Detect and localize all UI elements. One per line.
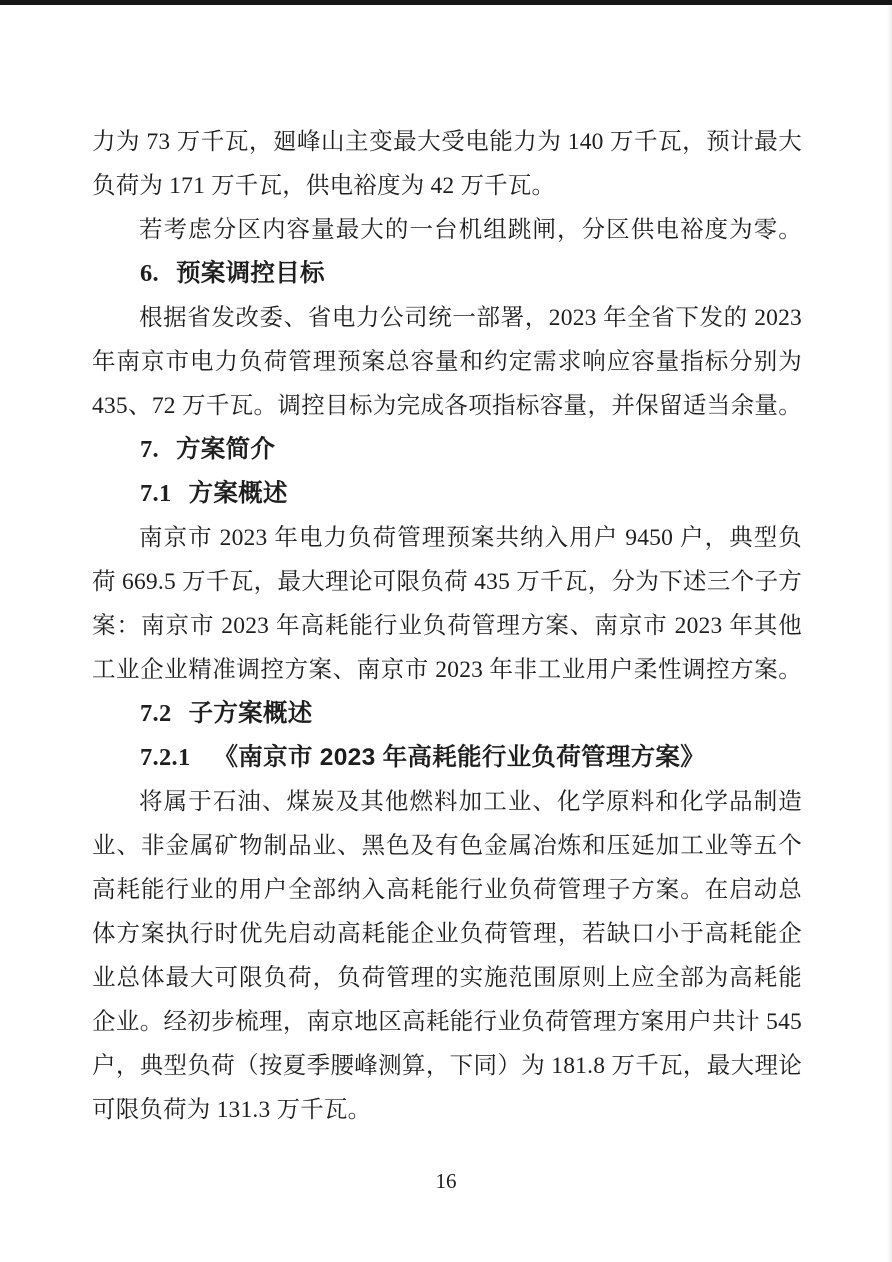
document-content: 力为 73 万千瓦，廻峰山主变最大受电能力为 140 万千瓦，预计最大负荷为 1…	[92, 120, 802, 1132]
text-line: 案：南京市 2023 年高耗能行业负荷管理方案、南京市 2023 年其他	[92, 604, 802, 648]
text-line: 业、非金属矿物制品业、黑色及有色金属冶炼和压延加工业等五个	[92, 824, 802, 868]
heading-title: 《南京市 2023 年高耗能行业负荷管理方案》	[214, 744, 706, 771]
section-heading: 7.2子方案概述	[92, 692, 802, 736]
page-right-edge-shadow	[887, 0, 892, 1262]
paragraph: 根据省发改委、省电力公司统一部署，2023 年全省下发的 2023年南京市电力负…	[92, 296, 802, 428]
text-line: 根据省发改委、省电力公司统一部署，2023 年全省下发的 2023	[92, 296, 802, 340]
text-line: 可限负荷为 131.3 万千瓦。	[92, 1088, 802, 1132]
text-line: 荷 669.5 万千瓦，最大理论可限负荷 435 万千瓦，分为下述三个子方	[92, 560, 802, 604]
text-line: 若考虑分区内容量最大的一台机组跳闸，分区供电裕度为零。	[92, 208, 802, 252]
text-line: 力为 73 万千瓦，廻峰山主变最大受电能力为 140 万千瓦，预计最大	[92, 120, 802, 164]
heading-number: 6.	[140, 260, 159, 287]
paragraph: 若考虑分区内容量最大的一台机组跳闸，分区供电裕度为零。	[92, 208, 802, 252]
text-line: 业总体最大可限负荷，负荷管理的实施范围原则上应全部为高耗能	[92, 956, 802, 1000]
heading-title: 方案概述	[189, 480, 288, 507]
section-heading: 7.1方案概述	[92, 472, 802, 516]
heading-number: 7.	[140, 436, 159, 463]
top-edge-bar	[0, 0, 892, 5]
paragraph: 力为 73 万千瓦，廻峰山主变最大受电能力为 140 万千瓦，预计最大负荷为 1…	[92, 120, 802, 208]
text-line: 年南京市电力负荷管理预案总容量和约定需求响应容量指标分别为	[92, 340, 802, 384]
heading-number: 7.1	[140, 480, 172, 507]
text-line: 企业。经初步梳理，南京地区高耗能行业负荷管理方案用户共计 545	[92, 1000, 802, 1044]
section-heading: 7.2.1《南京市 2023 年高耗能行业负荷管理方案》	[92, 736, 802, 780]
heading-number: 7.2.1	[140, 744, 191, 771]
text-line: 将属于石油、煤炭及其他燃料加工业、化学原料和化学品制造	[92, 780, 802, 824]
text-line: 南京市 2023 年电力负荷管理预案共纳入用户 9450 户，典型负	[92, 516, 802, 560]
paragraph: 将属于石油、煤炭及其他燃料加工业、化学原料和化学品制造业、非金属矿物制品业、黑色…	[92, 780, 802, 1132]
page-number: 16	[0, 1166, 892, 1196]
section-heading: 7.方案简介	[92, 428, 802, 472]
heading-title: 预案调控目标	[176, 260, 325, 287]
heading-title: 子方案概述	[189, 700, 313, 727]
heading-title: 方案简介	[176, 436, 275, 463]
document-page: 力为 73 万千瓦，廻峰山主变最大受电能力为 140 万千瓦，预计最大负荷为 1…	[0, 0, 892, 1262]
text-line: 435、72 万千瓦。调控目标为完成各项指标容量，并保留适当余量。	[92, 384, 802, 428]
heading-number: 7.2	[140, 700, 172, 727]
text-line: 户，典型负荷（按夏季腰峰测算，下同）为 181.8 万千瓦，最大理论	[92, 1044, 802, 1088]
paragraph: 南京市 2023 年电力负荷管理预案共纳入用户 9450 户，典型负荷 669.…	[92, 516, 802, 692]
text-line: 工业企业精准调控方案、南京市 2023 年非工业用户柔性调控方案。	[92, 648, 802, 692]
text-line: 高耗能行业的用户全部纳入高耗能行业负荷管理子方案。在启动总	[92, 868, 802, 912]
text-line: 负荷为 171 万千瓦，供电裕度为 42 万千瓦。	[92, 164, 802, 208]
section-heading: 6.预案调控目标	[92, 252, 802, 296]
text-line: 体方案执行时优先启动高耗能企业负荷管理，若缺口小于高耗能企	[92, 912, 802, 956]
